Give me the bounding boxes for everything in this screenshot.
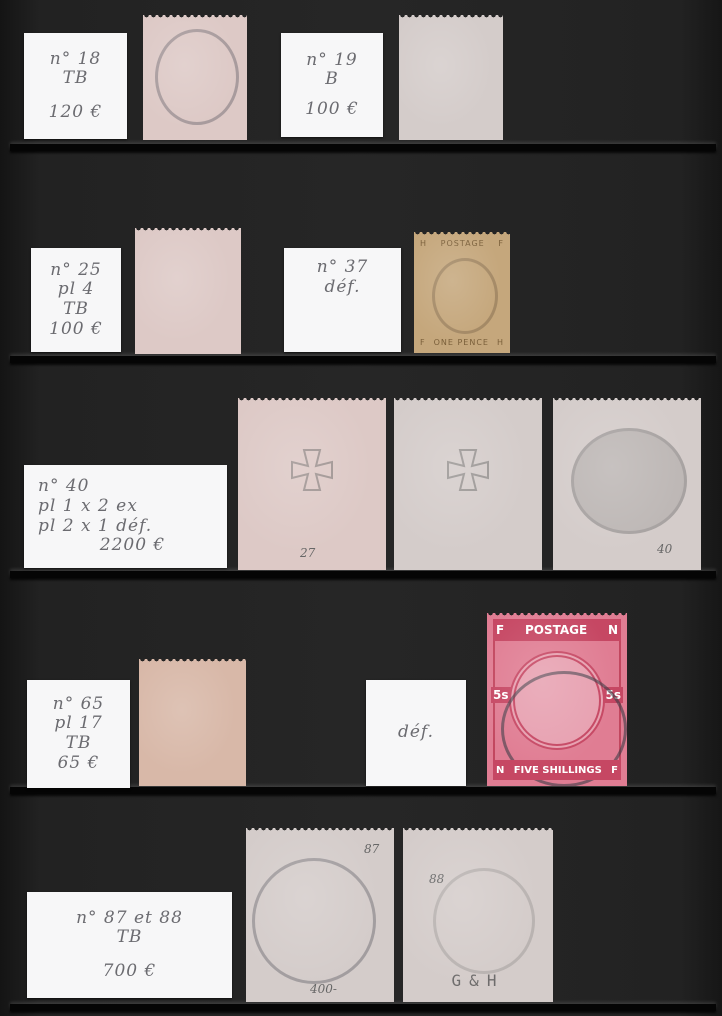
stamp-bottom-text: FIVE SHILLINGS bbox=[514, 765, 602, 776]
pencil-note: 40 bbox=[657, 542, 672, 556]
stamp-19-back[interactable] bbox=[399, 15, 503, 140]
pencil-note: 400- bbox=[310, 982, 337, 996]
maltese-cross-watermark-icon bbox=[442, 448, 494, 500]
label-line: n° 87 et 88 bbox=[76, 909, 183, 929]
label-line: pl 1 x 2 ex bbox=[38, 497, 138, 517]
pocket-strip bbox=[10, 356, 716, 363]
label-line: pl 4 bbox=[58, 280, 95, 300]
stamp-40a-back[interactable]: 27 bbox=[238, 398, 386, 570]
price-label-65: n° 65 pl 17 TB 65 € bbox=[27, 680, 130, 788]
stamp-88-back[interactable]: 88 G&H bbox=[403, 828, 553, 1002]
label-line: TB bbox=[63, 69, 89, 89]
label-line: 100 € bbox=[49, 320, 103, 340]
maltese-cross-watermark-icon bbox=[286, 448, 338, 500]
pocket-strip bbox=[10, 1004, 716, 1011]
label-line: B bbox=[325, 70, 339, 90]
pocket-strip bbox=[10, 787, 716, 794]
stamp-top-tablet: HPOSTAGEF bbox=[418, 236, 506, 250]
stamp-40b-back[interactable] bbox=[394, 398, 542, 570]
label-line: TB bbox=[66, 734, 92, 754]
label-line: n° 19 bbox=[306, 51, 357, 71]
stamp-37-front[interactable]: HPOSTAGEF FONE PENCEH bbox=[414, 232, 510, 353]
stamp-18-back[interactable] bbox=[143, 15, 247, 140]
value-tablet-right: 5s bbox=[604, 687, 624, 703]
stamp-87-back[interactable]: 87 400- bbox=[246, 828, 394, 1002]
stamp-65-back[interactable] bbox=[139, 659, 246, 786]
label-line: n° 18 bbox=[50, 50, 101, 70]
registered-postmark bbox=[501, 671, 627, 787]
price-label-25: n° 25 pl 4 TB 100 € bbox=[31, 248, 121, 352]
pocket-strip bbox=[10, 144, 716, 151]
corner-letter: N bbox=[608, 623, 618, 637]
label-line: n° 40 bbox=[38, 477, 89, 497]
stamp-bottom-tablet: FONE PENCEH bbox=[418, 335, 506, 349]
queen-portrait bbox=[432, 258, 498, 334]
queen-portrait-oval bbox=[509, 651, 605, 750]
corner-letter: F bbox=[496, 623, 504, 637]
label-line: déf. bbox=[324, 278, 360, 298]
price-label-87-88: n° 87 et 88 TB 700 € bbox=[27, 892, 232, 998]
label-line: 2200 € bbox=[100, 536, 165, 556]
stamp-top-text: POSTAGE bbox=[441, 239, 485, 248]
defect-label: déf. bbox=[366, 680, 466, 786]
stamp-bottom-text: ONE PENCE bbox=[434, 338, 489, 347]
price-label-18: n° 18 TB 120 € bbox=[24, 33, 127, 139]
stockbook-page: n° 18 TB 120 € n° 19 B 100 € n° 25 pl 4 … bbox=[0, 0, 722, 1016]
corner-letter: N bbox=[496, 765, 504, 776]
stamp-5s-front[interactable]: F POSTAGE N 5s 5s N FIVE SHILLINGS F bbox=[487, 613, 627, 786]
label-line: n° 37 bbox=[317, 258, 368, 278]
label-line: TB bbox=[63, 300, 89, 320]
stamp-25-back[interactable] bbox=[135, 228, 241, 354]
price-label-37: n° 37 déf. bbox=[284, 248, 401, 352]
postmark-impression bbox=[571, 428, 687, 534]
pencil-note: 87 bbox=[364, 842, 379, 856]
pencil-note: 88 bbox=[429, 872, 444, 886]
label-line: déf. bbox=[398, 723, 434, 743]
price-label-19: n° 19 B 100 € bbox=[281, 33, 383, 137]
label-line: 100 € bbox=[305, 100, 359, 120]
postmark-impression bbox=[433, 868, 535, 974]
corner-letter: F bbox=[611, 765, 618, 776]
stamp-frame bbox=[493, 619, 621, 780]
pocket-strip bbox=[10, 571, 716, 578]
stamp-top-tablet: F POSTAGE N bbox=[493, 619, 621, 641]
stamp-top-text: POSTAGE bbox=[525, 623, 587, 637]
postmark-impression bbox=[155, 29, 239, 125]
label-line: pl 17 bbox=[54, 714, 102, 734]
label-line: 65 € bbox=[58, 754, 100, 774]
stamp-bottom-tablet: N FIVE SHILLINGS F bbox=[493, 760, 621, 780]
postmark-impression bbox=[252, 858, 376, 984]
pencil-note: 27 bbox=[300, 546, 315, 560]
perfin-initials: G&H bbox=[452, 971, 505, 990]
label-line: 700 € bbox=[103, 962, 157, 982]
label-line: TB bbox=[117, 928, 143, 948]
label-line: n° 65 bbox=[53, 695, 104, 715]
value-tablet-left: 5s bbox=[491, 687, 511, 703]
price-label-40: n° 40 pl 1 x 2 ex pl 2 x 1 déf. 2200 € bbox=[24, 465, 227, 568]
label-line: 120 € bbox=[49, 103, 103, 123]
stamp-40c-back[interactable]: 40 bbox=[553, 398, 701, 570]
label-line: n° 25 bbox=[50, 261, 101, 281]
label-line: pl 2 x 1 déf. bbox=[38, 517, 152, 537]
